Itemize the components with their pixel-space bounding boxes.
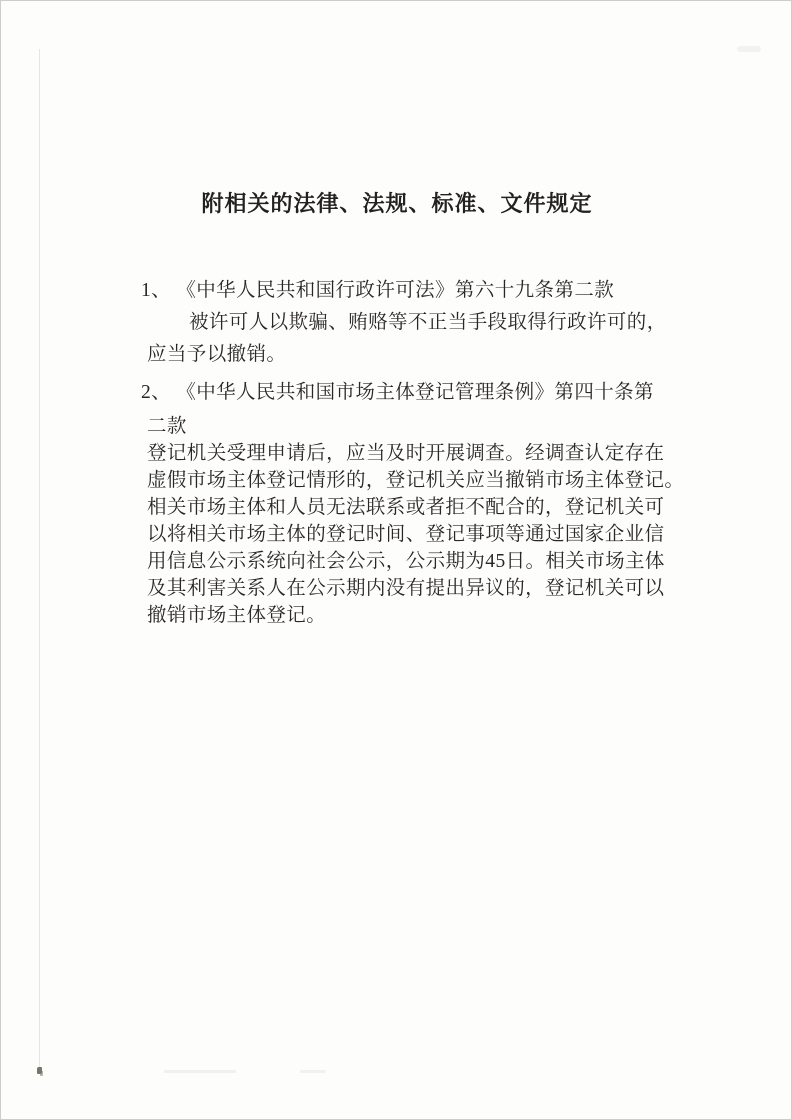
scan-artifact-speck — [37, 1067, 42, 1074]
legal-item-2-text-line: 相关市场主体和人员无法联系或者拒不配合的，登记机关可 — [147, 498, 664, 518]
document-page: 附相关的法律、法规、标准、文件规定 1、 《中华人民共和国行政许可法》第六十九条… — [0, 0, 792, 1120]
legal-item-2-text-line: 以将相关市场主体的登记时间、登记事项等通过国家企业信 — [147, 525, 664, 545]
legal-item-1-text-line: 被许可人以欺骗、贿赂等不正当手段取得行政许可的， — [189, 313, 667, 333]
legal-item-2-text-line: 及其利害关系人在公示期内没有提出异议的，登记机关可以 — [147, 579, 664, 599]
legal-item-2-heading-continued: 二款 — [147, 417, 187, 437]
scan-artifact-smudge — [737, 46, 761, 52]
scan-artifact-smudge — [164, 1070, 236, 1073]
legal-item-2-text-line: 虚假市场主体登记情形的，登记机关应当撤销市场主体登记。 — [147, 471, 684, 491]
scan-artifact-vertical-line — [39, 49, 40, 1071]
document-title: 附相关的法律、法规、标准、文件规定 — [1, 187, 792, 218]
legal-item-1-heading: 1、 《中华人民共和国行政许可法》第六十九条第二款 — [141, 281, 614, 301]
legal-item-1-text-line: 应当予以撤销。 — [147, 345, 286, 365]
scan-artifact-smudge — [300, 1070, 326, 1073]
legal-item-2-text-line: 登记机关受理申请后，应当及时开展调查。经调查认定存在 — [147, 444, 664, 464]
legal-item-2-heading: 2、 《中华人民共和国市场主体登记管理条例》第四十条第 — [141, 383, 654, 403]
legal-item-2-text-line: 撤销市场主体登记。 — [147, 606, 326, 626]
legal-item-2-text-line: 用信息公示系统向社会公示，公示期为45日。相关市场主体 — [147, 552, 665, 572]
